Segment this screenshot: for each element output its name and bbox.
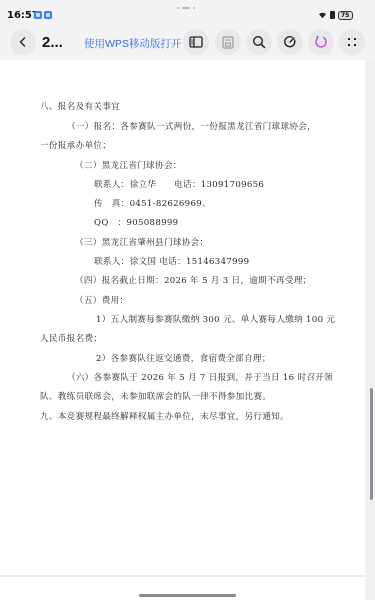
doc-line: （五）费用： [75,294,128,306]
doc-line-registration: （六）各参赛队于 2026 年 5 月 7 日报到，并于当日 16 时召开领 [67,371,333,383]
sidebar-toggle-button[interactable] [183,29,209,55]
ai-assistant-icon [313,34,329,50]
search-icon [252,35,266,49]
sim-icon [330,11,335,19]
doc-line: 队、教练员联席会，未参加联席会的队一律不得参加比赛。 [40,390,271,402]
search-button[interactable] [246,29,272,55]
doc-line: 人民币报名费； [40,332,102,344]
annotate-icon [283,35,297,49]
doc-line: （二）黑龙江省门球协会： [75,159,182,171]
save-icon [222,36,234,49]
more-button[interactable] [339,29,365,55]
doc-line-contact: 联系人：徐立华 电话：13091709656 [94,178,264,190]
home-indicator[interactable] [139,594,236,597]
battery-indicator: 75 [338,11,353,20]
back-button[interactable] [10,29,36,55]
doc-line: 一份报承办单位； [40,139,111,151]
doc-line-contact: 联系人：徐文国 电话：15146347999 [94,255,249,267]
document-page[interactable]: 八、报名及有关事宜 （一）报名：各参赛队一式两份，一份报黑龙江省门球球协会， 一… [0,60,365,600]
doc-line-section-heading: 八、报名及有关事宜 [40,100,120,112]
notification-app-icon [34,11,42,19]
open-with-wps-link[interactable]: 使用WPS移动版打开 [84,36,181,51]
top-toolbar: 2... 使用WPS移动版打开 [0,26,375,60]
scrollbar-thumb[interactable] [370,388,373,500]
back-icon [17,36,29,48]
wifi-icon [318,11,327,19]
doc-line-section-heading: 九、本竞赛规程最终解释权属主办单位，未尽事宜，另行通知。 [40,410,289,422]
sidebar-icon [189,36,203,48]
page-divider [0,575,368,577]
document-title: 2... [42,34,63,51]
doc-line: 2）各参赛队往返交通费，食宿费全部自理； [96,352,271,364]
doc-line-fee: 1）五人制赛每参赛队缴纳 300 元、单人赛每人缴纳 100 元 [96,313,335,325]
doc-line-fax: 传 真：0451-82626969、 [94,197,211,209]
ai-assistant-button[interactable] [308,29,334,55]
doc-line: （三）黑龙江省肇州县门球协会： [75,236,208,248]
doc-line-deadline: （四）报名截止日期：2026 年 5 月 3 日，逾期不再受理； [75,274,312,286]
doc-line-qq: QQ ：905088999 [94,216,178,228]
more-icon [346,36,358,48]
save-button[interactable] [215,29,241,55]
notification-app-icon [44,11,52,19]
status-indicators: 75 [318,10,353,20]
doc-line: （一）报名：各参赛队一式两份，一份报黑龙江省门球球协会， [67,120,316,132]
annotate-button[interactable] [277,29,303,55]
multitask-handle[interactable] [177,7,197,10]
scroll-track [367,60,375,600]
status-bar: 16:57 75 [0,0,375,26]
